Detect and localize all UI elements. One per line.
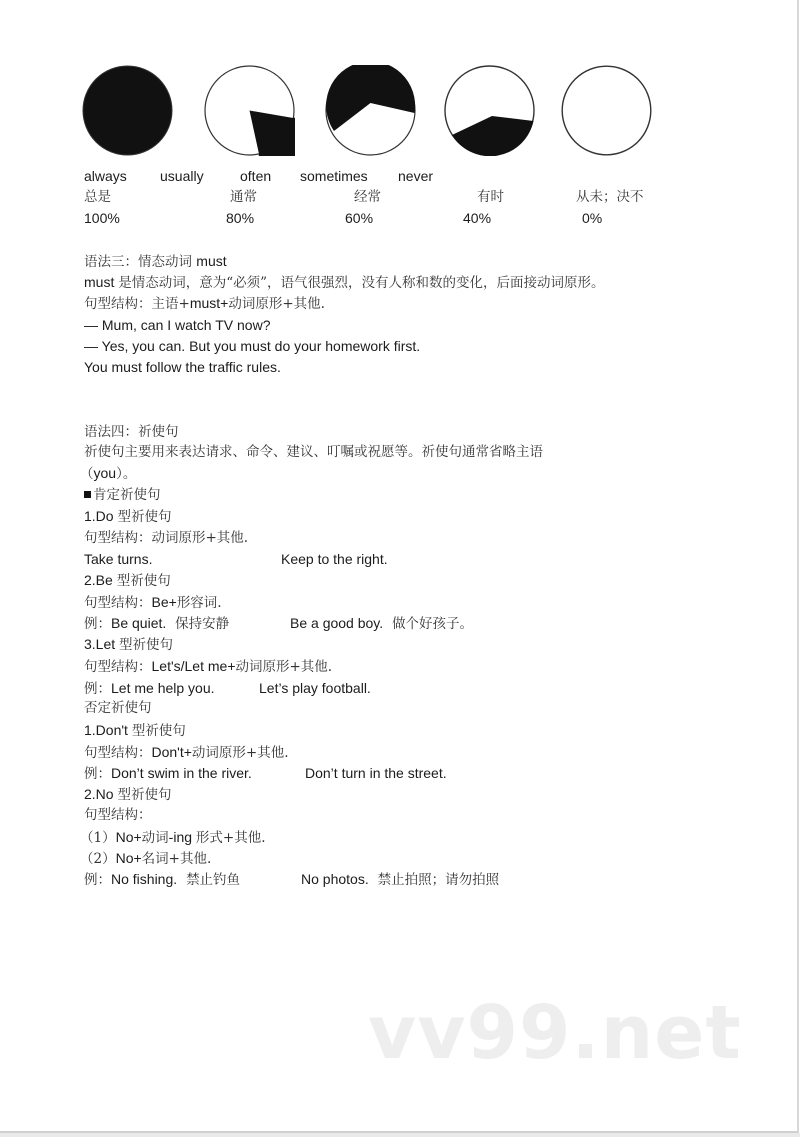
no-type-item-2: （2）No+名词+其他. xyxy=(80,849,211,868)
page-bottom-edge xyxy=(0,1133,800,1137)
grammar3-description: must 是情态动词，意为“必须”，语气很强烈，没有人称和数的变化，后面接动词原… xyxy=(84,273,605,292)
no-type-item-1: （1）No+动词-ing 形式+其他. xyxy=(80,828,266,847)
no-type-heading: 2.No 型祈使句 xyxy=(84,785,171,804)
grammar3-title: 语法三：情态动词 must xyxy=(84,252,227,271)
be-type-examples: 例：Be quiet. 保持安静 Be a good boy. 做个好孩子。 xyxy=(84,614,229,633)
no-type-structure: 句型结构： xyxy=(84,806,152,824)
label-always: always xyxy=(84,167,127,185)
pie-always-100 xyxy=(82,65,173,156)
percent-never: 0% xyxy=(582,209,602,227)
grammar3-example-3: You must follow the traffic rules. xyxy=(84,358,281,376)
percent-usually: 80% xyxy=(226,209,254,227)
watermark: vv99.net xyxy=(368,990,742,1076)
label-sometimes: sometimes xyxy=(300,167,368,185)
document-page: always usually often sometimes never 总是 … xyxy=(0,0,799,1133)
no-type-examples: 例：No fishing. 禁止钓鱼 No photos. 禁止拍照；请勿拍照 xyxy=(84,870,240,889)
be-type-structure: 句型结构：Be+形容词. xyxy=(84,593,222,612)
let-type-examples: 例：Let me help you. Let’s play football. xyxy=(84,679,215,698)
grammar4-description-line1: 祈使句主要用来表达请求、命令、建议、叮嘱或祝愿等。祈使句通常省略主语 xyxy=(84,443,543,461)
percent-sometimes: 40% xyxy=(463,209,491,227)
grammar4-description-line2: （you）。 xyxy=(80,464,136,483)
frequency-pie-charts xyxy=(0,0,800,170)
pie-sometimes-40 xyxy=(444,65,535,156)
label-cn-often: 经常 xyxy=(354,188,381,206)
dont-type-examples: 例：Don’t swim in the river. Don’t turn in… xyxy=(84,764,252,783)
grammar3-example-2: — Yes, you can. But you must do your hom… xyxy=(84,337,420,355)
label-cn-usually: 通常 xyxy=(230,188,257,206)
grammar3-example-1: — Mum, can I watch TV now? xyxy=(84,316,270,334)
be-type-heading: 2.Be 型祈使句 xyxy=(84,571,171,590)
percent-often: 60% xyxy=(345,209,373,227)
pie-usually-80 xyxy=(204,65,295,156)
grammar4-title: 语法四：祈使句 xyxy=(84,423,179,441)
positive-imperative-heading: 肯定祈使句 xyxy=(84,486,161,504)
dont-type-heading: 1.Don't 型祈使句 xyxy=(84,721,186,740)
percent-always: 100% xyxy=(84,209,120,227)
pie-often-60 xyxy=(325,65,416,156)
let-type-structure: 句型结构：Let's/Let me+动词原形+其他. xyxy=(84,657,332,676)
label-cn-never: 从未；决不 xyxy=(576,188,644,206)
dont-type-structure: 句型结构：Don't+动词原形+其他. xyxy=(84,743,289,762)
do-type-structure: 句型结构：动词原形+其他. xyxy=(84,529,248,547)
label-usually: usually xyxy=(160,167,204,185)
let-type-heading: 3.Let 型祈使句 xyxy=(84,635,173,654)
label-cn-always: 总是 xyxy=(84,188,111,206)
grammar3-structure: 句型结构：主语+must+动词原形+其他. xyxy=(84,294,325,313)
negative-imperative-heading: 否定祈使句 xyxy=(84,699,152,717)
do-type-heading: 1.Do 型祈使句 xyxy=(84,507,171,526)
pie-never-0 xyxy=(561,65,652,156)
label-never: never xyxy=(398,167,433,185)
do-type-examples: Take turns. Keep to the right. xyxy=(84,550,152,569)
square-bullet-icon xyxy=(84,491,91,498)
label-cn-sometimes: 有时 xyxy=(477,188,504,206)
label-often: often xyxy=(240,167,271,185)
